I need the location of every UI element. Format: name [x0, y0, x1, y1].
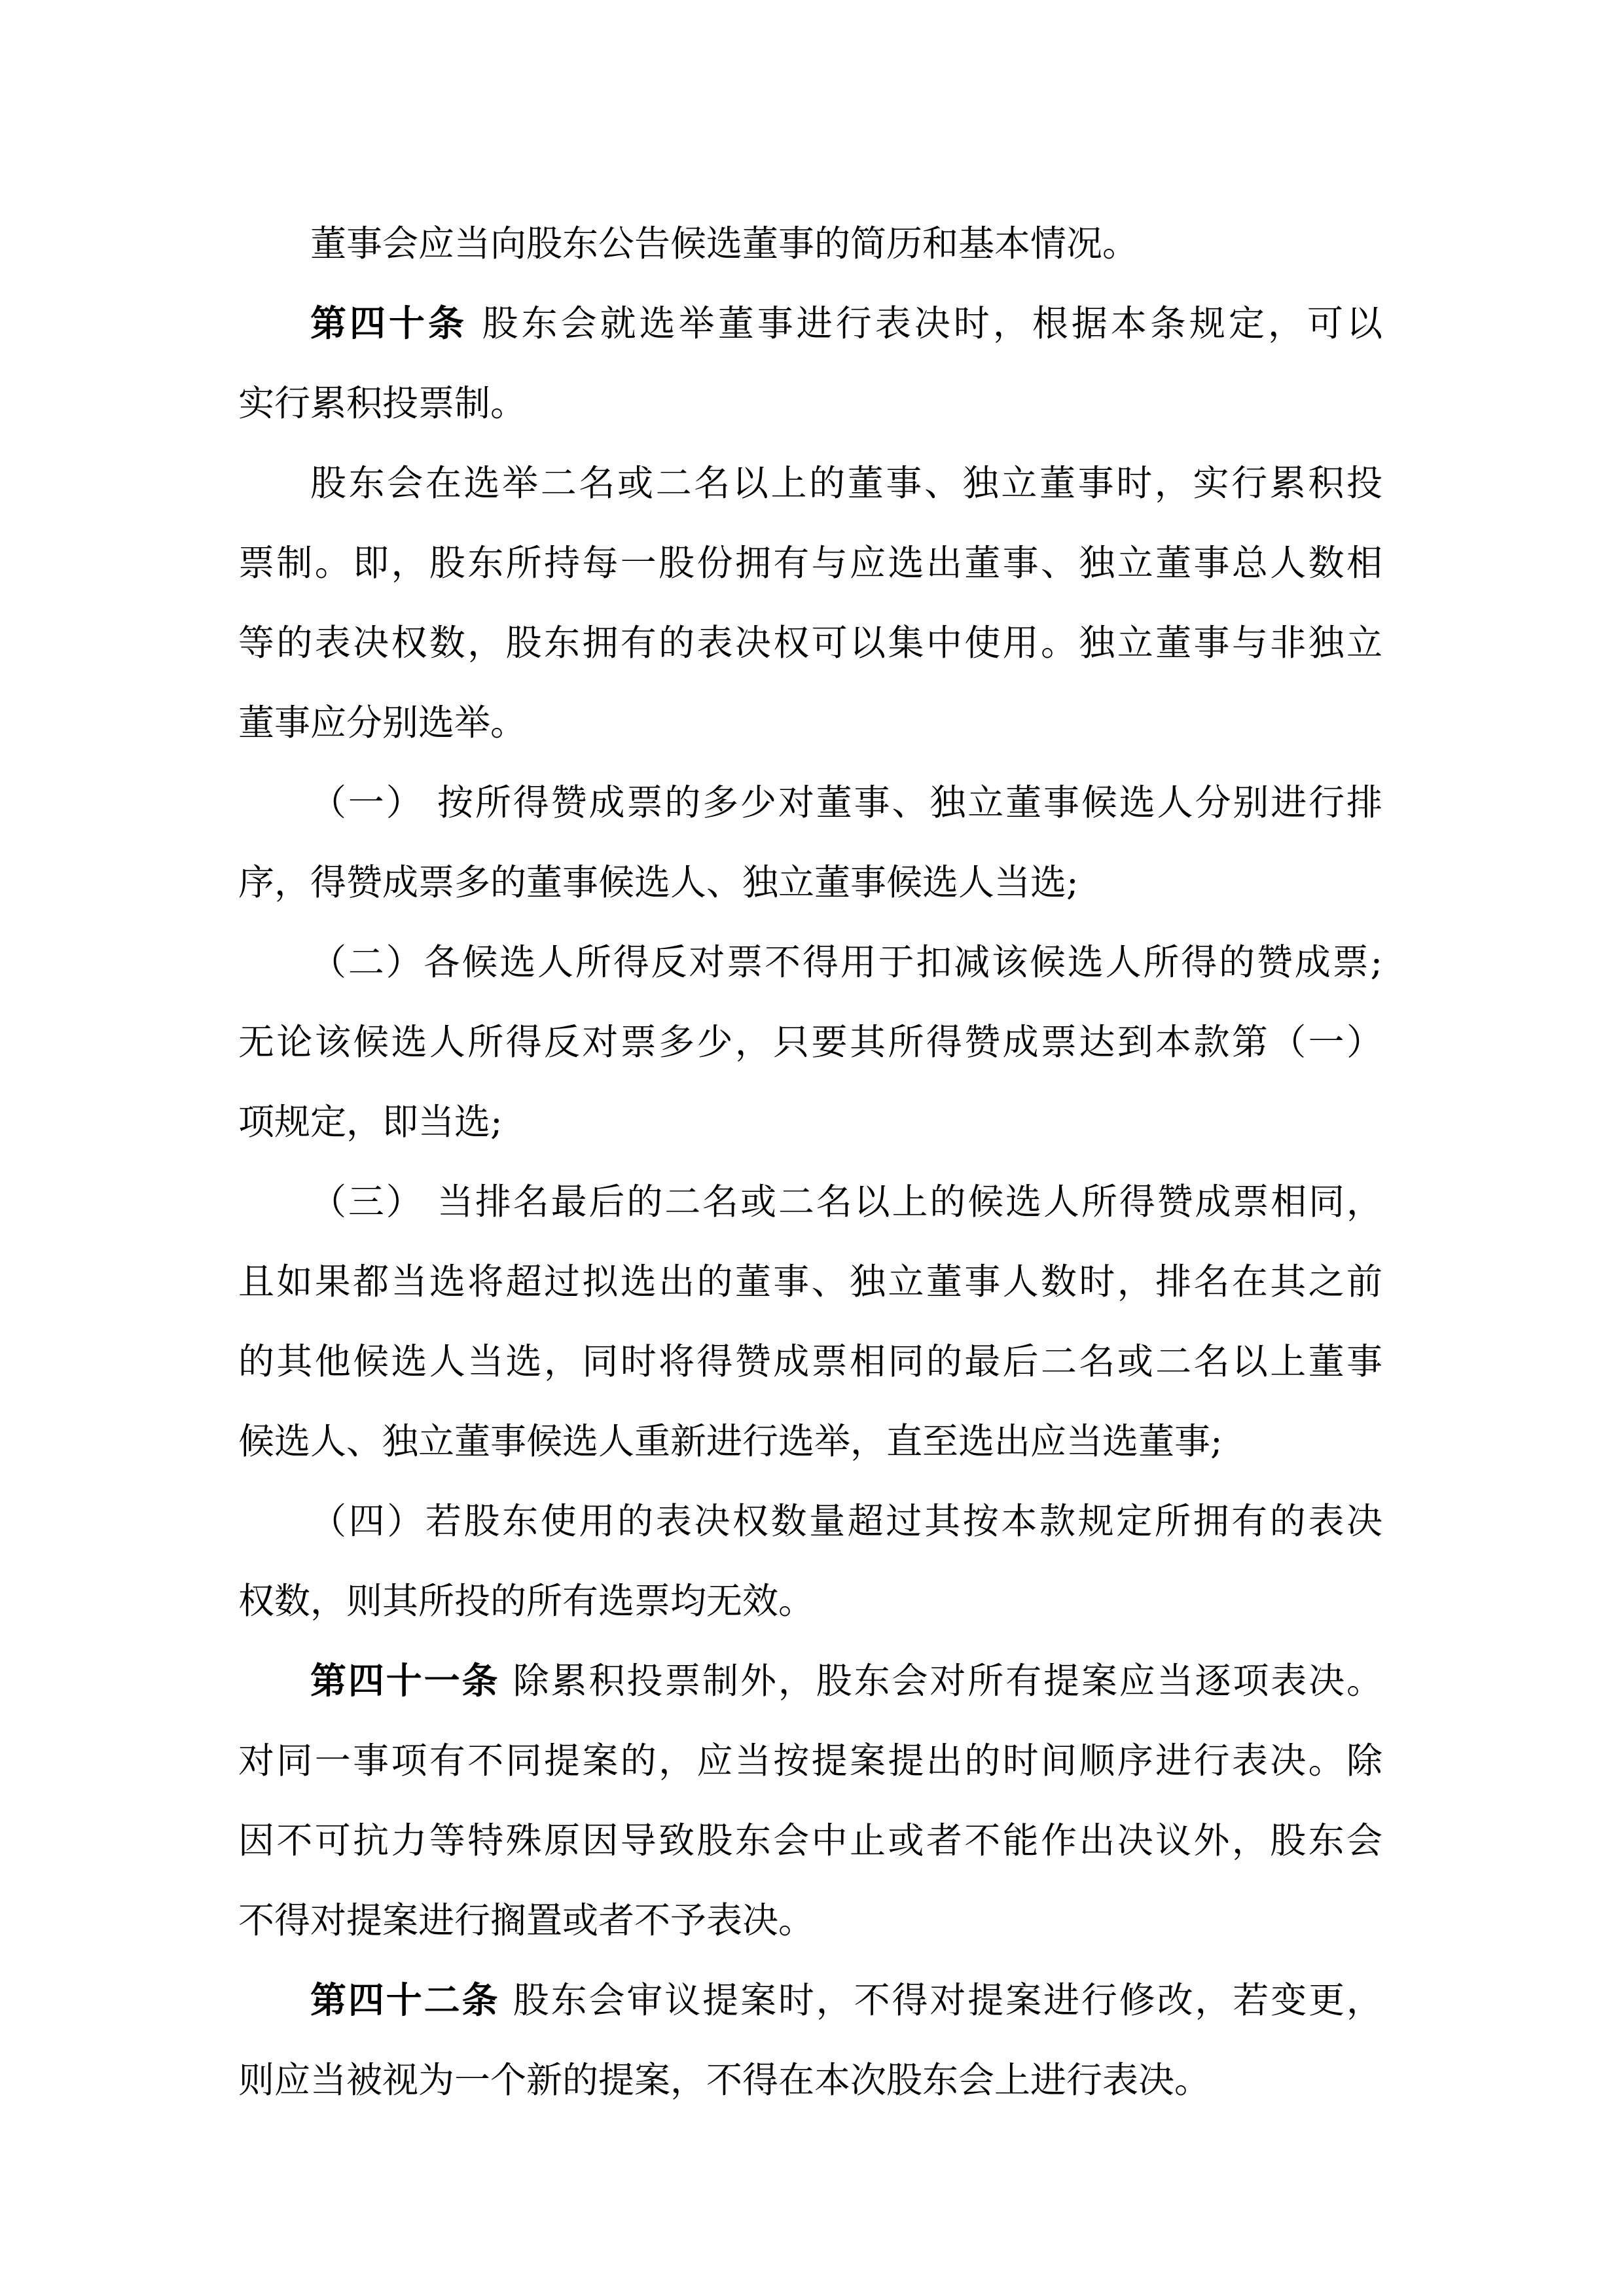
line-text: 序，得赞成票多的董事候选人、独立董事候选人当选; [238, 861, 1079, 903]
line-text: （三） 当排名最后的二名或二名以上的候选人所得赞成票相同， [310, 1181, 1382, 1223]
text-line: （二）各候选人所得反对票不得用于扣减该候选人所得的赞成票; [238, 922, 1382, 1002]
line-text: 股东会在选举二名或二名以上的董事、独立董事时，实行累积投 [310, 462, 1382, 504]
line-text: 董事会应当向股东公告候选董事的简历和基本情况。 [310, 223, 1138, 264]
text-line: 不得对提案进行搁置或者不予表决。 [238, 1880, 1382, 1960]
text-line: 第四十一条 除累积投票制外，股东会对所有提案应当逐项表决。 [238, 1641, 1382, 1721]
line-text: （二）各候选人所得反对票不得用于扣减该候选人所得的赞成票; [310, 941, 1382, 983]
text-line: 第四十条 股东会就选举董事进行表决时，根据本条规定，可以 [238, 283, 1382, 363]
document-body: 董事会应当向股东公告候选董事的简历和基本情况。第四十条 股东会就选举董事进行表决… [238, 204, 1382, 2120]
line-text: 则应当被视为一个新的提案，不得在本次股东会上进行表决。 [238, 2059, 1210, 2101]
line-text: （一） 按所得赞成票的多少对董事、独立董事候选人分别进行排 [310, 781, 1382, 823]
text-line: 实行累积投票制。 [238, 363, 1382, 443]
article-number: 第四十二条 [310, 1979, 499, 2021]
line-text: 候选人、独立董事候选人重新进行选举，直至选出应当选董事; [238, 1420, 1223, 1462]
line-text: 票制。即，股东所持每一股份拥有与应选出董事、独立董事总人数相 [238, 542, 1382, 584]
line-text: （四）若股东使用的表决权数量超过其按本款规定所拥有的表决 [310, 1500, 1382, 1542]
text-line: 的其他候选人当选，同时将得赞成票相同的最后二名或二名以上董事 [238, 1321, 1382, 1401]
article-number: 第四十条 [310, 302, 467, 344]
text-line: 候选人、独立董事候选人重新进行选举，直至选出应当选董事; [238, 1401, 1382, 1481]
document-page: 董事会应当向股东公告候选董事的简历和基本情况。第四十条 股东会就选举董事进行表决… [0, 0, 1624, 2296]
text-line: 项规定，即当选; [238, 1082, 1382, 1162]
text-line: 对同一事项有不同提案的，应当按提案提出的时间顺序进行表决。除 [238, 1721, 1382, 1801]
text-line: 序，得赞成票多的董事候选人、独立董事候选人当选; [238, 842, 1382, 922]
article-number: 第四十一条 [310, 1659, 499, 1702]
line-text: 无论该候选人所得反对票多少，只要其所得赞成票达到本款第（一） [238, 1021, 1382, 1063]
text-line: 则应当被视为一个新的提案，不得在本次股东会上进行表决。 [238, 2040, 1382, 2120]
text-line: 权数，则其所投的所有选票均无效。 [238, 1561, 1382, 1641]
line-text: 因不可抗力等特殊原因导致股东会中止或者不能作出决议外，股东会 [238, 1820, 1382, 1861]
line-text: 对同一事项有不同提案的，应当按提案提出的时间顺序进行表决。除 [238, 1740, 1382, 1782]
line-text: 除累积投票制外，股东会对所有提案应当逐项表决。 [513, 1660, 1382, 1702]
line-text: 权数，则其所投的所有选票均无效。 [238, 1580, 814, 1622]
text-line: 等的表决权数，股东拥有的表决权可以集中使用。独立董事与非独立 [238, 603, 1382, 683]
text-line: 无论该候选人所得反对票多少，只要其所得赞成票达到本款第（一） [238, 1002, 1382, 1082]
line-text: 的其他候选人当选，同时将得赞成票相同的最后二名或二名以上董事 [238, 1340, 1382, 1382]
text-line: （三） 当排名最后的二名或二名以上的候选人所得赞成票相同， [238, 1162, 1382, 1242]
text-line: 董事会应当向股东公告候选董事的简历和基本情况。 [238, 204, 1382, 283]
line-text: 董事应分别选举。 [238, 702, 526, 744]
text-line: （四）若股东使用的表决权数量超过其按本款规定所拥有的表决 [238, 1481, 1382, 1561]
line-text: 实行累积投票制。 [238, 382, 526, 424]
line-text: 股东会审议提案时，不得对提案进行修改，若变更， [513, 1979, 1382, 2021]
line-text: 项规定，即当选; [238, 1101, 503, 1143]
text-line: （一） 按所得赞成票的多少对董事、独立董事候选人分别进行排 [238, 762, 1382, 842]
text-line: 董事应分别选举。 [238, 683, 1382, 762]
line-text: 股东会就选举董事进行表决时，根据本条规定，可以 [482, 302, 1382, 344]
text-line: 股东会在选举二名或二名以上的董事、独立董事时，实行累积投 [238, 443, 1382, 523]
text-line: 第四十二条 股东会审议提案时，不得对提案进行修改，若变更， [238, 1960, 1382, 2040]
line-text: 不得对提案进行搁置或者不予表决。 [238, 1899, 814, 1941]
line-text: 等的表决权数，股东拥有的表决权可以集中使用。独立董事与非独立 [238, 622, 1382, 664]
text-line: 且如果都当选将超过拟选出的董事、独立董事人数时，排名在其之前 [238, 1242, 1382, 1321]
line-text: 且如果都当选将超过拟选出的董事、独立董事人数时，排名在其之前 [238, 1261, 1382, 1302]
text-line: 因不可抗力等特殊原因导致股东会中止或者不能作出决议外，股东会 [238, 1801, 1382, 1880]
text-line: 票制。即，股东所持每一股份拥有与应选出董事、独立董事总人数相 [238, 523, 1382, 603]
